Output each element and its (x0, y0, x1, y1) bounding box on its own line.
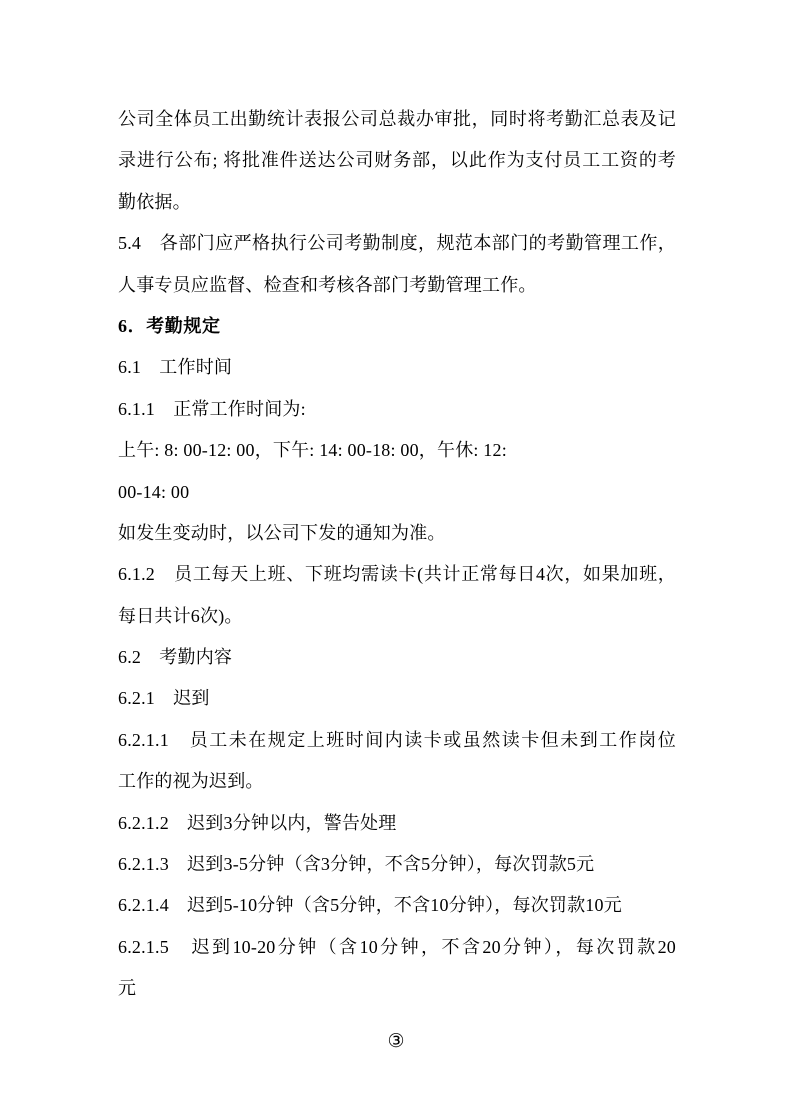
section-heading: 6．考勤规定 (118, 306, 676, 347)
document-line: 6.2.1.5 迟到10-20分钟（含10分钟，不含20分钟），每次罚款20 (118, 927, 676, 968)
document-page: 公司全体员工出勤统计表报公司总裁办审批，同时将考勤汇总表及记录进行公布; 将批准… (0, 0, 792, 1120)
document-line: 6.1 工作时间 (118, 347, 676, 388)
document-line: 上午: 8: 00-12: 00，下午: 14: 00-18: 00，午休: 1… (118, 430, 676, 471)
document-line: 如发生变动时，以公司下发的通知为准。 (118, 513, 676, 554)
document-line: 录进行公布; 将批准件送达公司财务部，以此作为支付员工工资的考 (118, 140, 676, 181)
document-line: 6.2.1 迟到 (118, 678, 676, 719)
document-line: 勤依据。 (118, 182, 676, 223)
document-body: 公司全体员工出勤统计表报公司总裁办审批，同时将考勤汇总表及记录进行公布; 将批准… (118, 99, 676, 1010)
document-line: 6.2.1.4 迟到5-10分钟（含5分钟，不含10分钟），每次罚款10元 (118, 885, 676, 926)
document-line: 工作的视为迟到。 (118, 761, 676, 802)
page-number: ③ (0, 1030, 792, 1054)
document-line: 公司全体员工出勤统计表报公司总裁办审批，同时将考勤汇总表及记 (118, 99, 676, 140)
document-line: 6.2.1.3 迟到3-5分钟（含3分钟，不含5分钟），每次罚款5元 (118, 844, 676, 885)
document-line: 00-14: 00 (118, 472, 676, 513)
document-line: 每日共计6次)。 (118, 596, 676, 637)
document-line: 6.2.1.2 迟到3分钟以内，警告处理 (118, 803, 676, 844)
document-line: 6.2 考勤内容 (118, 637, 676, 678)
document-line: 6.1.2 员工每天上班、下班均需读卡(共计正常每日4次，如果加班， (118, 554, 676, 595)
document-line: 元 (118, 968, 676, 1009)
document-line: 6.2.1.1 员工未在规定上班时间内读卡或虽然读卡但未到工作岗位 (118, 720, 676, 761)
document-line: 人事专员应监督、检查和考核各部门考勤管理工作。 (118, 265, 676, 306)
document-line: 5.4 各部门应严格执行公司考勤制度，规范本部门的考勤管理工作， (118, 223, 676, 264)
document-line: 6.1.1 正常工作时间为: (118, 389, 676, 430)
